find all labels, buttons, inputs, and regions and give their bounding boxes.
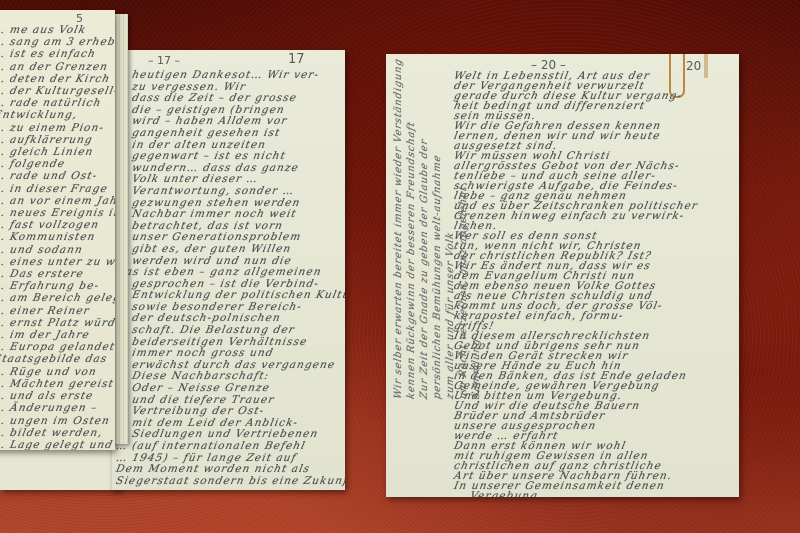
handwritten-line: … rade natürlich — [0, 97, 115, 109]
handwritten-line: … am Bereich gelegen — [0, 292, 115, 304]
handwritten-line: … sang am 3 erheblich — [0, 36, 115, 48]
handwritten-line: … (auf internationalen Befehl — [115, 441, 345, 453]
handwritten-line: Das ist eben – ganz allgemeinen — [115, 267, 345, 279]
handwritten-line: … Europa gelandet — [0, 341, 115, 353]
handwritten-line: um Recht verzeihen, ganz abgelehnt — [457, 57, 470, 400]
handwritten-line: zum aller und für unser Volk — [444, 57, 457, 400]
handwritten-line: … Oder – Neisse Grenze — [115, 383, 345, 395]
handwritten-line: … Änderungen – — [0, 402, 115, 414]
handwritten-line: Zur Zeit der Gnade zu geben der Glaube d… — [418, 57, 431, 400]
handwritten-line: … einer Reiner — [0, 305, 115, 317]
handwritten-line: … an vor einem Jahr — [0, 195, 115, 207]
handwritten-line: kennen Rückgewinn der besseren Freundsch… — [405, 57, 418, 400]
handwritten-line: … gibt es, der guten Willen — [115, 244, 345, 256]
handwritten-line: … Nachbar immer noch weit — [115, 209, 345, 221]
handwritten-text: … heutigen Dankesot… Wir ver-… zu verges… — [116, 70, 345, 487]
manuscript-page-17: – 17 – 17 … heutigen Dankesot… Wir ver-…… — [112, 50, 345, 490]
handwritten-line: … folgende — [0, 158, 115, 170]
handwritten-line: … eines unter zu werden — [0, 256, 115, 268]
handwritten-line: … Verantwortung, sonder … — [115, 186, 345, 198]
handwritten-line: … aufklärerung — [0, 134, 115, 146]
handwritten-line: Sammlung — [470, 57, 483, 400]
handwritten-text: … me aus Volk… sang am 3 erheblich… ist … — [0, 24, 115, 450]
handwritten-line: … zu einem Pion- — [0, 122, 115, 134]
handwritten-line: … rade und Ost- — [0, 170, 115, 182]
handwritten-line: … Mächten gereist — [0, 378, 115, 390]
handwritten-line: Staatsgebilde das — [0, 353, 115, 365]
handwritten-line: … neues Ereignis in die — [0, 207, 115, 219]
handwritten-line: persönlichen Bemühungen welt-aufnahme — [431, 57, 444, 400]
handwritten-line: … gleich Linien — [0, 146, 115, 158]
manuscript-page-5: 5 … me aus Volk… sang am 3 erheblich… is… — [0, 10, 115, 450]
handwritten-text: Welt in Lebensstil, Art aus derder Verga… — [454, 72, 739, 497]
manuscript-page-20: – 20 – 20 Welt in Lebensstil, Art aus de… — [386, 54, 739, 497]
handwritten-line: … Erfahrung be- — [0, 280, 115, 292]
handwritten-line: … und als erste — [0, 390, 115, 402]
handwritten-line: … gangenheit gesehen ist — [115, 128, 345, 140]
handwritten-line: kerapostel einfach, formu- — [453, 312, 739, 322]
handwritten-line: … Vergebung … — [453, 492, 739, 497]
handwritten-line: … ernst Platz würde — [0, 317, 115, 329]
handwritten-line: … und sodann — [0, 244, 115, 256]
handwritten-line: … schaft. Die Belastung der — [115, 325, 345, 337]
handwritten-line: … in dieser Frage — [0, 183, 115, 195]
handwritten-line: … an der Grenzen — [0, 61, 115, 73]
page-number-corner: 20 — [686, 59, 701, 73]
page-number-corner: 17 — [288, 52, 305, 67]
handwritten-line: … ungen im Osten — [0, 415, 115, 427]
handwritten-line: … bildet werden, — [0, 427, 115, 439]
handwritten-line: … Rüge und von — [0, 366, 115, 378]
margin-notes: Wir selber erwarten bereitet immer wiede… — [392, 58, 483, 399]
handwritten-line: … Lage gelegt und — [0, 439, 115, 450]
handwritten-line: … gegenwart – ist es nicht — [115, 151, 345, 163]
handwritten-line: … Das erstere — [0, 268, 115, 280]
page-number-header: – 17 – — [148, 54, 180, 67]
handwritten-line: … deten der Kirch — [0, 73, 115, 85]
handwritten-line: Entwicklung, — [0, 109, 115, 121]
handwritten-line: … der Kulturgesell- — [0, 85, 115, 97]
handwritten-line: Wir selber erwarten bereitet immer wiede… — [392, 57, 405, 400]
handwritten-line: … me aus Volk — [0, 24, 115, 36]
handwritten-line: Siegerstaat sondern bis eine Zukunft — [115, 476, 345, 488]
handwritten-line: … ist es einfach — [0, 48, 115, 60]
handwritten-line: … Kommunisten — [0, 231, 115, 243]
handwritten-line: … fast vollzogen — [0, 219, 115, 231]
handwritten-line: … heutigen Dankesot… Wir ver- — [115, 70, 345, 82]
handwritten-line: … im der Jahre — [0, 329, 115, 341]
